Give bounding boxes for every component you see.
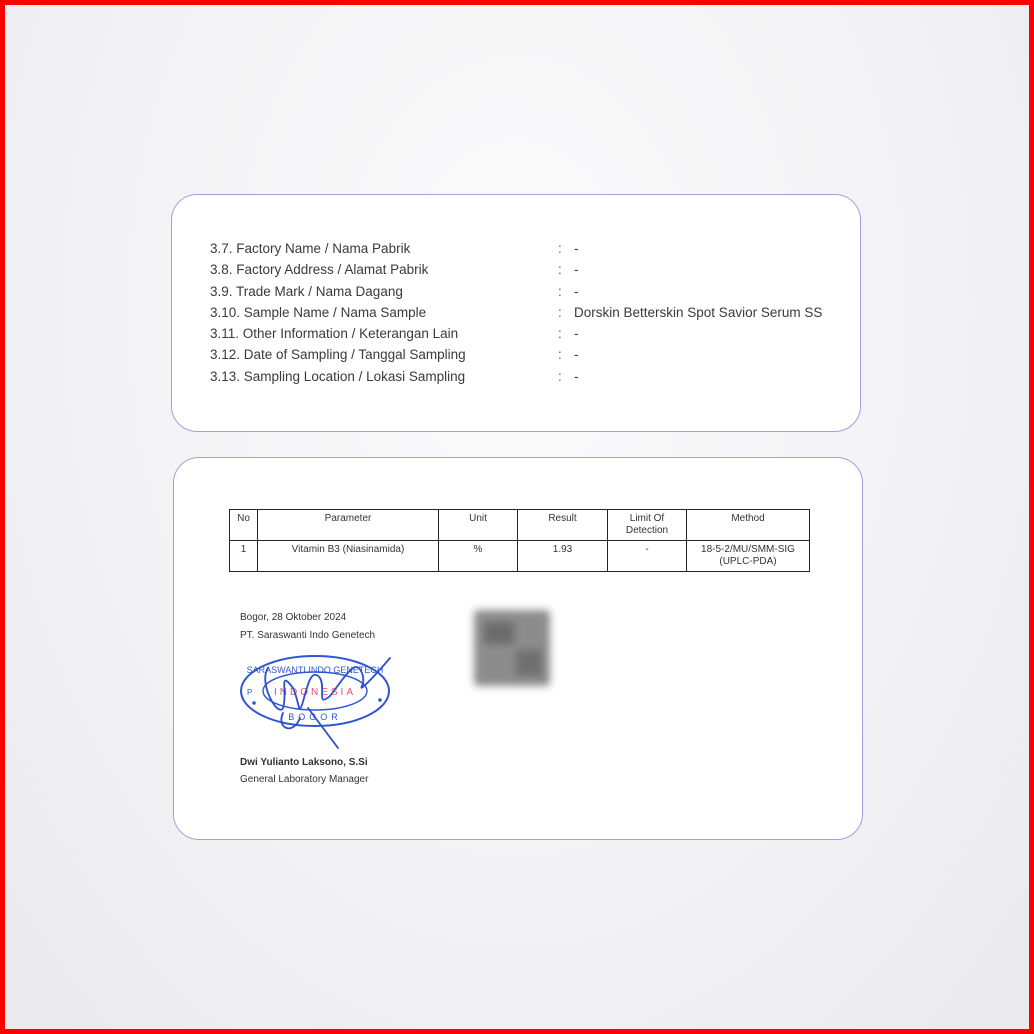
cell-no: 1 [230, 541, 258, 572]
header-method: Method [687, 510, 810, 541]
header-parameter: Parameter [258, 510, 439, 541]
stamp-left-text: P [247, 688, 252, 697]
cell-result: 1.93 [518, 541, 608, 572]
signatory-name: Dwi Yulianto Laksono, S.Si [240, 757, 368, 768]
info-colon: : [558, 326, 562, 341]
info-colon: : [558, 305, 562, 320]
results-card: No Parameter Unit Result Limit Of Detect… [173, 457, 863, 840]
sample-info-card: 3.7. Factory Name / Nama Pabrik : - 3.8.… [171, 194, 861, 432]
header-no: No [230, 510, 258, 541]
qr-code-blurred [474, 610, 550, 686]
table-row: 1 Vitamin B3 (Niasinamida) % 1.93 - 18-5… [230, 541, 810, 572]
info-value: - [574, 326, 579, 341]
company-stamp-signature: SARASWANTI INDO GENETECH INDONESIA BOGOR… [238, 648, 418, 758]
method-line1: 18-5-2/MU/SMM-SIG [701, 544, 795, 555]
info-value: - [574, 347, 579, 362]
header-lod-line1: Limit Of [630, 513, 664, 524]
company-name: PT. Saraswanti Indo Genetech [240, 630, 375, 641]
info-colon: : [558, 369, 562, 384]
info-label: 3.9. Trade Mark / Nama Dagang [210, 284, 403, 299]
stamp-middle-text: INDONESIA [274, 687, 356, 698]
info-value: - [574, 284, 579, 299]
header-result: Result [518, 510, 608, 541]
info-colon: : [558, 262, 562, 277]
info-value: - [574, 241, 579, 256]
results-table: No Parameter Unit Result Limit Of Detect… [229, 509, 810, 572]
header-unit: Unit [439, 510, 518, 541]
info-label: 3.12. Date of Sampling / Tanggal Samplin… [210, 347, 466, 362]
info-colon: : [558, 347, 562, 362]
header-limit-of-detection: Limit Of Detection [608, 510, 687, 541]
table-header-row: No Parameter Unit Result Limit Of Detect… [230, 510, 810, 541]
cell-unit: % [439, 541, 518, 572]
info-label: 3.7. Factory Name / Nama Pabrik [210, 241, 410, 256]
info-label: 3.10. Sample Name / Nama Sample [210, 305, 426, 320]
place-date: Bogor, 28 Oktober 2024 [240, 612, 346, 623]
info-colon: : [558, 241, 562, 256]
cell-parameter: Vitamin B3 (Niasinamida) [258, 541, 439, 572]
info-label: 3.13. Sampling Location / Lokasi Samplin… [210, 369, 465, 384]
info-colon: : [558, 284, 562, 299]
method-line2: (UPLC-PDA) [719, 556, 776, 567]
cell-lod: - [608, 541, 687, 572]
signatory-title: General Laboratory Manager [240, 774, 368, 785]
info-label: 3.8. Factory Address / Alamat Pabrik [210, 262, 428, 277]
info-label: 3.11. Other Information / Keterangan Lai… [210, 326, 458, 341]
info-value: - [574, 369, 579, 384]
header-lod-line2: Detection [626, 525, 668, 536]
info-value: Dorskin Betterskin Spot Savior Serum SS [574, 305, 822, 320]
cell-method: 18-5-2/MU/SMM-SIG (UPLC-PDA) [687, 541, 810, 572]
info-value: - [574, 262, 579, 277]
